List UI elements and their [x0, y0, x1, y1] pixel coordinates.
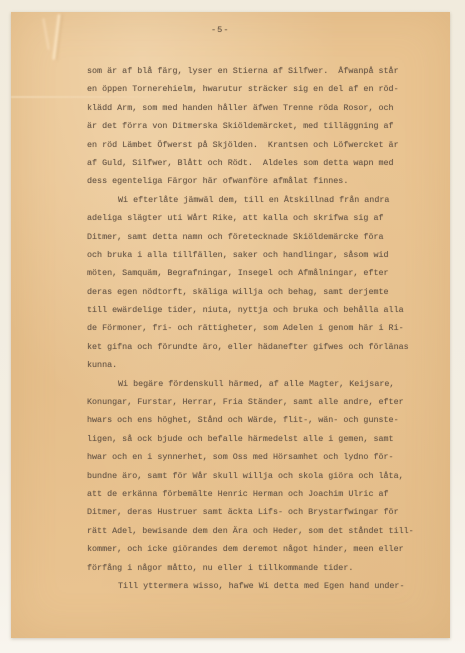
text-line: och bruka i alla tillfällen, saker och h…	[87, 246, 427, 264]
paperclip-crease-mark	[42, 18, 50, 50]
text-line: Wi begäre fördenskull härmed, af alle Ma…	[87, 375, 427, 393]
text-line: dess egenteliga Färgor här ofwanföre afm…	[87, 172, 427, 190]
paragraph: som är af blå färg, lyser en Stierna af …	[87, 62, 427, 191]
text-line: Till yttermera wisso, hafwe Wi detta med…	[87, 577, 427, 595]
document-body: som är af blå färg, lyser en Stierna af …	[87, 62, 427, 595]
text-line: möten, Samquäm, Begrafningar, Insegel oc…	[87, 264, 427, 282]
text-line: kommer, och icke giörandes dem deremot n…	[87, 540, 427, 558]
text-line: är det förra von Ditmerska Skiöldemärcke…	[87, 117, 427, 135]
paragraph: Till yttermera wisso, hafwe Wi detta med…	[87, 577, 427, 595]
text-line: en röd Lämbet Öfwerst på Skjölden. Krant…	[87, 136, 427, 154]
text-line: hwar och en i synnerhet, som Oss med Hör…	[87, 448, 427, 466]
text-line: Ditmer, samt detta namn och företecknade…	[87, 228, 427, 246]
text-line: som är af blå färg, lyser en Stierna af …	[87, 62, 427, 80]
text-line: Konungar, Furstar, Herrar, Fria Ständer,…	[87, 393, 427, 411]
text-line: en öppen Tornerehielm, hwarutur sträcker…	[87, 80, 427, 98]
text-line: hwars och ens höghet, Stånd och Wärde, f…	[87, 411, 427, 429]
text-line: klädd Arm, som med handen håller äfwen T…	[87, 99, 427, 117]
text-line: adeliga slägter uti Wårt Rike, att kalla…	[87, 209, 427, 227]
text-line: rätt Adel, bewisande dem den Ära och Hed…	[87, 522, 427, 540]
text-line: att de erkänna förbemälte Henric Herman …	[87, 485, 427, 503]
page-number: -5-	[211, 25, 229, 35]
text-line: Ditmer, deras Hustruer samt äckta Lifs- …	[87, 503, 427, 521]
scan-background: -5- som är af blå färg, lyser en Stierna…	[0, 0, 465, 653]
text-line: ket gifna och förundte äro, eller hädane…	[87, 338, 427, 356]
text-line: ligen, så ock bjude och befalle härmedel…	[87, 430, 427, 448]
text-line: till ewärdelige tider, niuta, nyttja och…	[87, 301, 427, 319]
text-line: kunna.	[87, 356, 427, 374]
text-line: de Förmoner, fri- och rättigheter, som A…	[87, 319, 427, 337]
text-line: af Guld, Silfwer, Blått och Rödt. Aldele…	[87, 154, 427, 172]
document-page: -5- som är af blå färg, lyser en Stierna…	[11, 12, 450, 638]
text-line: bundne äro, samt för Wår skull willja oc…	[87, 467, 427, 485]
paragraph: Wi begäre fördenskull härmed, af alle Ma…	[87, 375, 427, 577]
text-line: deras egen nödtorft, skäliga willja och …	[87, 283, 427, 301]
text-line: Wi efterlåte jämwäl dem, till en Åtskill…	[87, 191, 427, 209]
paperclip-crease-mark	[52, 14, 61, 60]
text-line: förfång i någor måtto, nu eller i tillko…	[87, 559, 427, 577]
paragraph: Wi efterlåte jämwäl dem, till en Åtskill…	[87, 191, 427, 375]
paperclip-imprint	[35, 12, 69, 70]
